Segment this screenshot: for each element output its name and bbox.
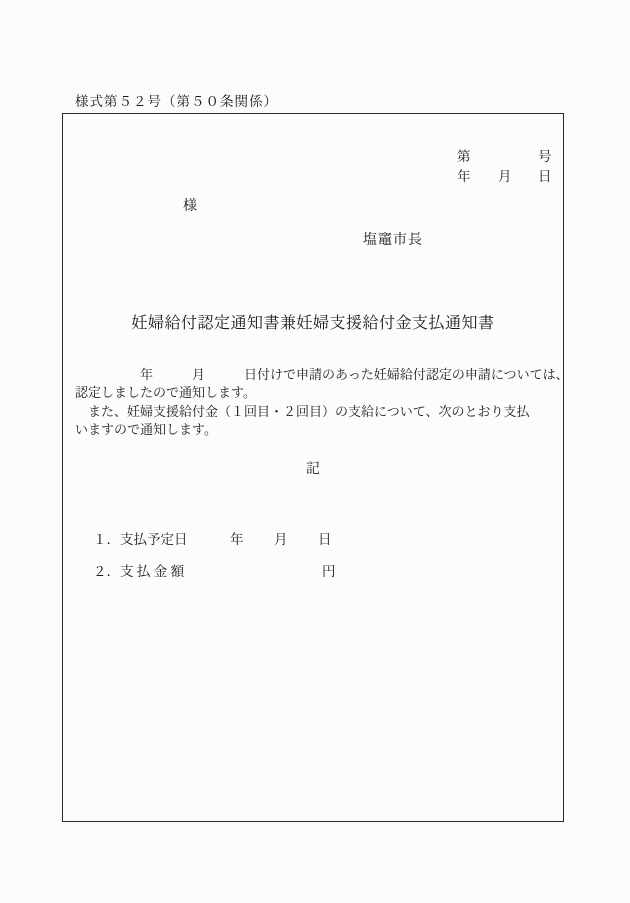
payment-date-month-label: 月: [274, 528, 288, 548]
form-number-label: 様式第５２号（第５０条関係）: [75, 90, 278, 110]
recipient-honorific: 様: [183, 195, 197, 215]
body-paragraph-2-line-2: いますので通知します。: [75, 421, 529, 439]
doc-number-suffix: 号: [538, 145, 552, 165]
document-page: 様式第５２号（第５０条関係） 第 号 年 月 日 様 塩竈市長 妊婦給付認定通知…: [0, 0, 630, 903]
date-year-label: 年: [457, 165, 471, 185]
body-paragraph-2: また、妊婦支援給付金（１回目・２回目）の支給について、次のとおり支払 いますので…: [75, 403, 529, 438]
sender-name: 塩竈市長: [363, 229, 423, 249]
body-paragraph-1-line-2: 認定しましたので通知します。: [75, 384, 569, 402]
doc-number-prefix: 第: [457, 145, 471, 165]
payment-date-year-label: 年: [230, 528, 244, 548]
body-paragraph-1-line-1: 年 月 日付けで申請のあった妊婦給付認定の申請については、: [75, 366, 569, 384]
payment-date-item-label: １．支払予定日: [93, 528, 188, 548]
document-title: 妊婦給付認定通知書兼妊婦支援給付金支払通知書: [62, 310, 564, 333]
payment-amount-item-label: ２．支 払 金 額: [93, 560, 184, 580]
payment-date-day-label: 日: [318, 528, 332, 548]
separator-ki: 記: [62, 458, 564, 478]
payment-amount-unit-label: 円: [322, 560, 336, 580]
date-month-label: 月: [498, 165, 512, 185]
body-paragraph-1: 年 月 日付けで申請のあった妊婦給付認定の申請については、 認定しましたので通知…: [75, 366, 569, 401]
date-day-label: 日: [538, 165, 552, 185]
body-paragraph-2-line-1: また、妊婦支援給付金（１回目・２回目）の支給について、次のとおり支払: [75, 403, 529, 421]
